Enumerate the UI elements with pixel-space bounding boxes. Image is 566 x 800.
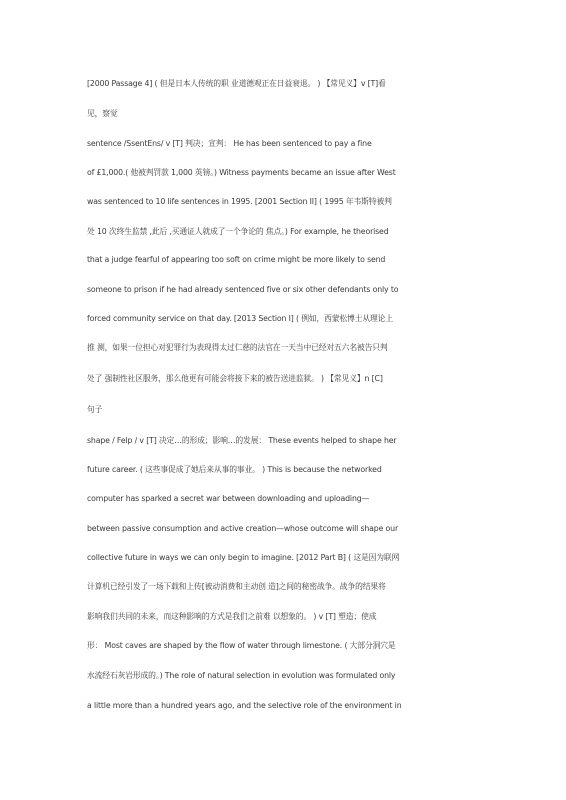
text-line: shape / Felp / v [T] 决定…的形成；影响…的发展： Thes…	[87, 431, 487, 451]
text-line: collective future in ways we can only be…	[87, 548, 487, 568]
text-line: of £1,000.( 他被判罚款 1,000 英镑。) Witness pay…	[87, 163, 487, 183]
text-line: forced community service on that day. [2…	[87, 309, 487, 329]
text-line: that a judge fearful of appearing too so…	[87, 250, 487, 270]
text-line: was sentenced to 10 life sentences in 19…	[87, 192, 487, 212]
text-line: someone to prison if he had already sent…	[87, 280, 487, 300]
text-line: computer has sparked a secret war betwee…	[87, 489, 487, 509]
text-line: 处了 强制性社区服务，那么他更有可能会将接下来的被告送进监狱。 ) 【常见义】n…	[87, 369, 487, 389]
text-line: 计算机已经引发了一场下载和上传[被动消费和主动创 造]之间的秘密战争。战争的结果…	[87, 577, 487, 597]
text-line: sentence /SsentEns/ v [T] 判决；宣判： He has …	[87, 134, 487, 154]
text-line: 推 测，如果一位担心对犯罪行为表现得太过仁慈的法官在一天当中已经对五六名被告只判	[87, 338, 487, 358]
text-line: 处 10 次终生监禁 ,此后 ,买通证人就成了一个争论的 焦点。) For ex…	[87, 222, 487, 242]
text-line: 句子	[87, 400, 487, 420]
text-line: 影响我们共同的未来，而这种影响的方式是我们之前难 以想象的。 ) v [T] 塑…	[87, 607, 487, 627]
text-line: 水流经石灰岩形成的。) The role of natural selectio…	[87, 666, 487, 686]
text-line: 形： Most caves are shaped by the flow of …	[87, 636, 487, 656]
text-line: 见，察觉	[87, 104, 487, 124]
text-line: a little more than a hundred years ago, …	[87, 696, 487, 716]
text-line: future career. ( 这些事促成了她后来从事的事业。 ) This …	[87, 460, 487, 480]
text-line: [2000 Passage 4] ( 但是日本人传统的职 业道德观正在日益衰退。…	[87, 74, 487, 94]
text-line: between passive consumption and active c…	[87, 519, 487, 539]
document-page: [2000 Passage 4] ( 但是日本人传统的职 业道德观正在日益衰退。…	[0, 0, 566, 800]
